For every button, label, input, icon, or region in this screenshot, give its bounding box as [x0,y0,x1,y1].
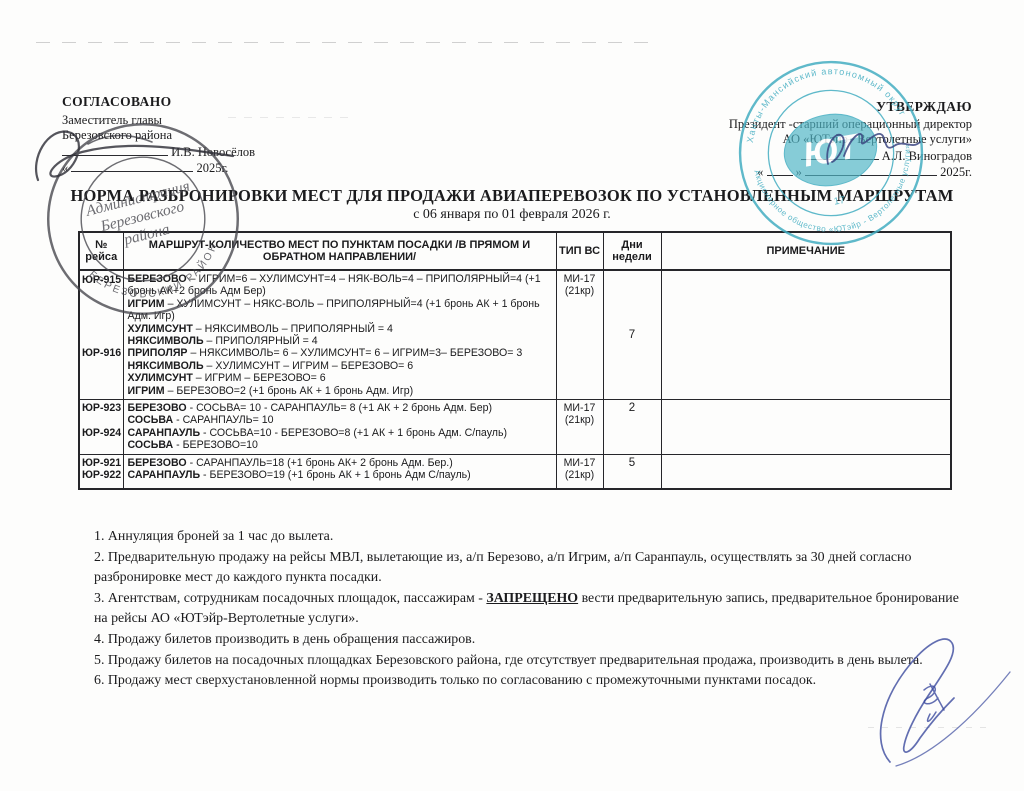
route-detail: - САРАНПАУЛЬ=18 (+1 бронь АК+ 2 бронь Ад… [187,457,453,469]
route-line: НЯКСИМВОЛЬ – ХУЛИМСУНТ – ИГРИМ – БЕРЕЗОВ… [128,360,552,372]
flight-numbers-cell: ЮР-915ЮР-916 [79,270,123,400]
route-line: ИГРИМ – ХУЛИМСУНТ – НЯКС-ВОЛЬ – ПРИПОЛЯР… [128,298,552,323]
route-origin: БЕРЕЗОВО [128,457,187,469]
route-group-row: ЮР-923ЮР-924БЕРЕЗОВО - СОСЬВА= 10 - САРА… [79,400,951,455]
note-item: 6. Продажу мест сверхустановленной нормы… [94,671,968,692]
approved-date-line: « » 2025г. [698,164,972,181]
route-origin: САРАНПАУЛЬ [128,469,201,481]
route-origin: САРАНПАУЛЬ [128,427,201,439]
route-detail: – ХУЛИМСУНТ – ИГРИМ – БЕРЕЗОВО= 6 [204,360,414,372]
agreed-role-line: Заместитель главы [62,113,255,129]
note-text: 3. Агентствам, сотрудникам посадочных пл… [94,591,486,606]
agreed-role-line: Березовского района [62,128,255,144]
route-detail: - БЕРЕЗОВО=19 (+1 бронь АК + 1 бронь Адм… [200,469,471,481]
route-line: БЕРЕЗОВО - СОСЬВА= 10 - САРАНПАУЛЬ= 8 (+… [128,402,552,414]
flight-number: ЮР-924 [82,427,121,439]
route-line: ИГРИМ – БЕРЕЗОВО=2 (+1 бронь АК + 1 брон… [128,385,552,397]
approved-role-line: Президент -старший операционный директор [698,117,972,133]
flight-number: ЮР-923 [82,402,121,414]
route-detail: - БЕРЕЗОВО=10 [173,439,258,451]
aircraft-type-cell: МИ-17(21кр) [556,270,603,400]
remark-cell [661,400,951,455]
agreed-heading: СОГЛАСОВАНО [62,94,255,110]
approved-block: УТВЕРЖДАЮ Президент -старший операционны… [698,99,972,181]
aircraft-type: МИ-17 [558,402,602,414]
date-line [805,164,937,176]
notes-list: 1. Аннуляция броней за 1 час до вылета.2… [94,527,968,692]
aircraft-type: МИ-17 [558,273,602,285]
agreed-signer-name: И.В. Новосёлов [171,145,255,159]
quote-close: » [796,165,802,179]
route-line: САРАНПАУЛЬ - СОСЬВА=10 - БЕРЕЗОВО=8 (+1 … [128,427,552,439]
col-header-flight-no: № рейса [79,232,123,270]
route-origin: СОСЬВА [128,439,174,451]
flight-number: ЮР-921 [82,457,121,469]
week-days-cell: 7 [603,270,661,400]
approved-year: 2025г. [940,165,972,179]
approved-role-line: АО «ЮТэйр– Вертолетные услуги» [698,132,972,148]
note-item: 5. Продажу билетов на посадочных площадк… [94,651,968,672]
col-header-weekdays: Дни недели [603,232,661,270]
agreed-block: СОГЛАСОВАНО Заместитель главы Березовско… [62,94,255,177]
route-group-row: ЮР-921ЮР-922БЕРЕЗОВО - САРАНПАУЛЬ=18 (+1… [79,454,951,489]
route-detail: - СОСЬВА=10 - БЕРЕЗОВО=8 (+1 АК + 1 брон… [200,427,507,439]
route-origin: ПРИПОЛЯР [128,347,188,359]
route-line: ПРИПОЛЯР – НЯКСИМВОЛЬ= 6 – ХУЛИМСУНТ= 6 … [128,347,552,359]
header-row: № рейса МАРШРУТ-КОЛИЧЕСТВО МЕСТ ПО ПУНКТ… [79,232,951,270]
approved-signature-line: А.Л. Виноградов [698,148,972,165]
route-origin: ХУЛИМСУНТ [128,372,193,384]
signature-line [801,148,879,160]
route-detail: - САРАНПАУЛЬ= 10 [173,414,273,426]
norms-table-header: № рейса МАРШРУТ-КОЛИЧЕСТВО МЕСТ ПО ПУНКТ… [79,232,951,270]
route-detail: – ИГРИМ=6 – ХУЛИМСУНТ=4 – НЯК-ВОЛЬ=4 – П… [128,273,541,297]
note-item: 1. Аннуляция броней за 1 час до вылета. [94,527,968,548]
route-origin: НЯКСИМВОЛЬ [128,360,204,372]
note-item: 3. Агентствам, сотрудникам посадочных пл… [94,589,968,630]
col-header-aircraft: ТИП ВС [556,232,603,270]
note-text: 2. Предварительную продажу на рейсы МВЛ,… [94,550,911,586]
date-line [767,164,793,176]
route-detail: – НЯКСИМВОЛЬ= 6 – ХУЛИМСУНТ= 6 – ИГРИМ=3… [188,347,523,359]
routes-table-body: ЮР-915ЮР-916БЕРЕЗОВО – ИГРИМ=6 – ХУЛИМСУ… [79,270,951,489]
route-origin: НЯКСИМВОЛЬ [128,335,204,347]
aircraft-capacity: (21кр) [558,469,602,481]
agreed-date-line: « 2025г. [62,160,255,177]
flight-number: ЮР-916 [82,347,121,359]
route-origin: ХУЛИМСУНТ [128,323,193,335]
route-detail: – ХУЛИМСУНТ – НЯКС-ВОЛЬ – ПРИПОЛЯРНЫЙ=4 … [128,298,540,322]
approved-signer-name: А.Л. Виноградов [882,149,972,163]
col-header-remark: ПРИМЕЧАНИЕ [661,232,951,270]
agreed-year: 2025г. [197,161,229,175]
route-line: БЕРЕЗОВО - САРАНПАУЛЬ=18 (+1 бронь АК+ 2… [128,457,552,469]
route-origin: ИГРИМ [128,385,165,397]
col-header-route: МАРШРУТ-КОЛИЧЕСТВО МЕСТ ПО ПУНКТАМ ПОСАД… [123,232,556,270]
route-origin: СОСЬВА [128,414,174,426]
quote-open: « [757,165,763,179]
week-days-cell: 5 [603,454,661,489]
route-line: СОСЬВА - БЕРЕЗОВО=10 [128,439,552,451]
route-detail: – ИГРИМ – БЕРЕЗОВО= 6 [193,372,326,384]
aircraft-type-cell: МИ-17(21кр) [556,454,603,489]
scan-artifact-line [36,42,656,43]
date-line [71,160,193,172]
aircraft-capacity: (21кр) [558,285,602,297]
route-lines-cell: БЕРЕЗОВО – ИГРИМ=6 – ХУЛИМСУНТ=4 – НЯК-В… [123,270,556,400]
note-emphasis: ЗАПРЕЩЕНО [486,591,578,606]
flight-numbers-cell: ЮР-921ЮР-922 [79,454,123,489]
note-text: 4. Продажу билетов производить в день об… [94,632,475,647]
route-line: САРАНПАУЛЬ - БЕРЕЗОВО=19 (+1 бронь АК + … [128,469,552,481]
document-title: НОРМА РАЗБРОНИРОВКИ МЕСТ ДЛЯ ПРОДАЖИ АВИ… [0,186,1024,206]
note-item: 4. Продажу билетов производить в день об… [94,630,968,651]
aircraft-type: МИ-17 [558,457,602,469]
route-line: СОСЬВА - САРАНПАУЛЬ= 10 [128,414,552,426]
route-origin: ИГРИМ [128,298,165,310]
route-line: НЯКСИМВОЛЬ – ПРИПОЛЯРНЫЙ = 4 [128,335,552,347]
week-days-cell: 2 [603,400,661,455]
flight-number: ЮР-922 [82,469,121,481]
norms-table: № рейса МАРШРУТ-КОЛИЧЕСТВО МЕСТ ПО ПУНКТ… [78,231,952,490]
approved-heading: УТВЕРЖДАЮ [698,99,972,115]
document-subtitle: с 06 января по 01 февраля 2026 г. [0,207,1024,223]
route-detail: – БЕРЕЗОВО=2 (+1 бронь АК + 1 бронь Адм.… [165,385,414,397]
route-detail: – ПРИПОЛЯРНЫЙ = 4 [204,335,318,347]
remark-cell [661,454,951,489]
aircraft-capacity: (21кр) [558,414,602,426]
route-detail: – НЯКСИМВОЛЬ – ПРИПОЛЯРНЫЙ = 4 [193,323,393,335]
route-group-row: ЮР-915ЮР-916БЕРЕЗОВО – ИГРИМ=6 – ХУЛИМСУ… [79,270,951,400]
agreed-signature-line: И.В. Новосёлов [62,144,255,161]
scan-artifact-line [868,727,988,728]
flight-number: ЮР-915 [82,274,121,286]
route-line: ХУЛИМСУНТ – НЯКСИМВОЛЬ – ПРИПОЛЯРНЫЙ = 4 [128,323,552,335]
note-text: 6. Продажу мест сверхустановленной нормы… [94,673,816,688]
route-line: БЕРЕЗОВО – ИГРИМ=6 – ХУЛИМСУНТ=4 – НЯК-В… [128,273,552,298]
flight-numbers-cell: ЮР-923ЮР-924 [79,400,123,455]
aircraft-type-cell: МИ-17(21кр) [556,400,603,455]
route-origin: БЕРЕЗОВО [128,273,187,285]
route-lines-cell: БЕРЕЗОВО - СОСЬВА= 10 - САРАНПАУЛЬ= 8 (+… [123,400,556,455]
route-detail: - СОСЬВА= 10 - САРАНПАУЛЬ= 8 (+1 АК + 2 … [187,402,492,414]
route-lines-cell: БЕРЕЗОВО - САРАНПАУЛЬ=18 (+1 бронь АК+ 2… [123,454,556,489]
route-origin: БЕРЕЗОВО [128,402,187,414]
signature-line [62,144,168,156]
note-text: 5. Продажу билетов на посадочных площадк… [94,653,923,668]
route-line: ХУЛИМСУНТ – ИГРИМ – БЕРЕЗОВО= 6 [128,372,552,384]
note-item: 2. Предварительную продажу на рейсы МВЛ,… [94,548,968,589]
scanned-document-page: СОГЛАСОВАНО Заместитель главы Березовско… [0,0,1024,791]
quote-open: « [62,161,68,175]
remark-cell [661,270,951,400]
note-text: 1. Аннуляция броней за 1 час до вылета. [94,529,333,544]
